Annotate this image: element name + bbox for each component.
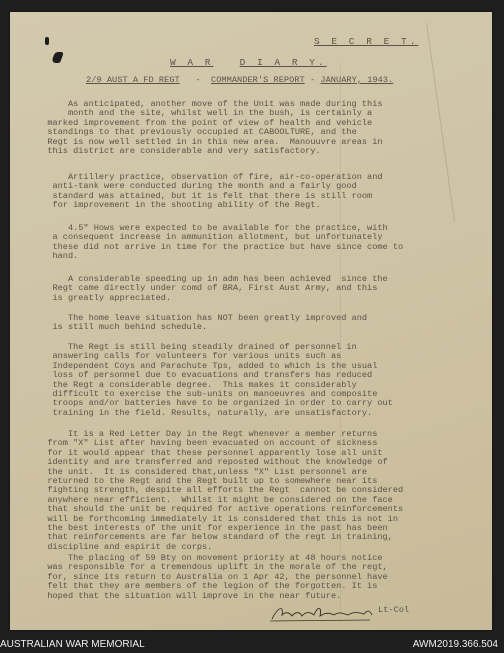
unit-name: 2/9 AUST A FD REGT (86, 75, 180, 85)
handwritten-signature (270, 603, 380, 623)
document-title: W A R D I A R Y. (170, 58, 327, 67)
text-line: for improvement in the shooting ability … (37, 201, 482, 210)
title-word-war: W A R (170, 57, 214, 68)
signature-rank: Lt-Col (378, 606, 409, 615)
paragraph-artillery: Artillery practice, observation of fire,… (37, 173, 482, 211)
document-subtitle: 2/9 AUST A FD REGT - COMMANDER'S REPORT … (86, 76, 393, 85)
separator: - (195, 75, 200, 85)
text-line: is still much behind schedule. (37, 323, 482, 332)
text-line: this district are considerable and very … (37, 147, 482, 156)
document-page: S E C R E T. W A R D I A R Y. 2/9 AUST A… (10, 12, 492, 630)
paragraph-hows: 4.5" Hows were expected to be available … (37, 224, 482, 262)
text-line: these did not arrive in time for the pra… (37, 243, 482, 252)
classification-heading: S E C R E T. (314, 37, 418, 46)
accession-number: AWM2019.366.504 (413, 639, 498, 650)
paragraph-adm: A considerable speeding up in adm has be… (37, 275, 482, 303)
report-date: JANUARY, 1943. (320, 75, 393, 85)
paragraph-leave: The home leave situation has NOT been gr… (37, 314, 482, 333)
separator: - (310, 75, 315, 85)
paragraph-x-list: It is a Red Letter Day in the Regt whene… (37, 430, 482, 552)
text-line: hand. (37, 252, 482, 261)
paragraph-personnel: The Regt is still being steadily drained… (37, 343, 482, 418)
title-word-diary: D I A R Y. (240, 57, 327, 68)
institution-label: AUSTRALIAN WAR MEMORIAL (0, 639, 145, 650)
text-line: training in the field. Results, naturall… (37, 409, 482, 418)
paragraph-59-bty: The placing of 59 Bty on movement priori… (37, 554, 482, 601)
text-line: is greatly appreciated. (37, 294, 482, 303)
text-line: hoped that the situation will improve in… (37, 592, 482, 601)
report-type: COMMANDER'S REPORT (211, 75, 305, 85)
text-line: discipline and espirit de corps. (37, 543, 482, 552)
punch-hole (45, 37, 49, 45)
paragraph-move: As anticipated, another move of the Unit… (37, 100, 482, 156)
punch-hole (51, 52, 64, 63)
